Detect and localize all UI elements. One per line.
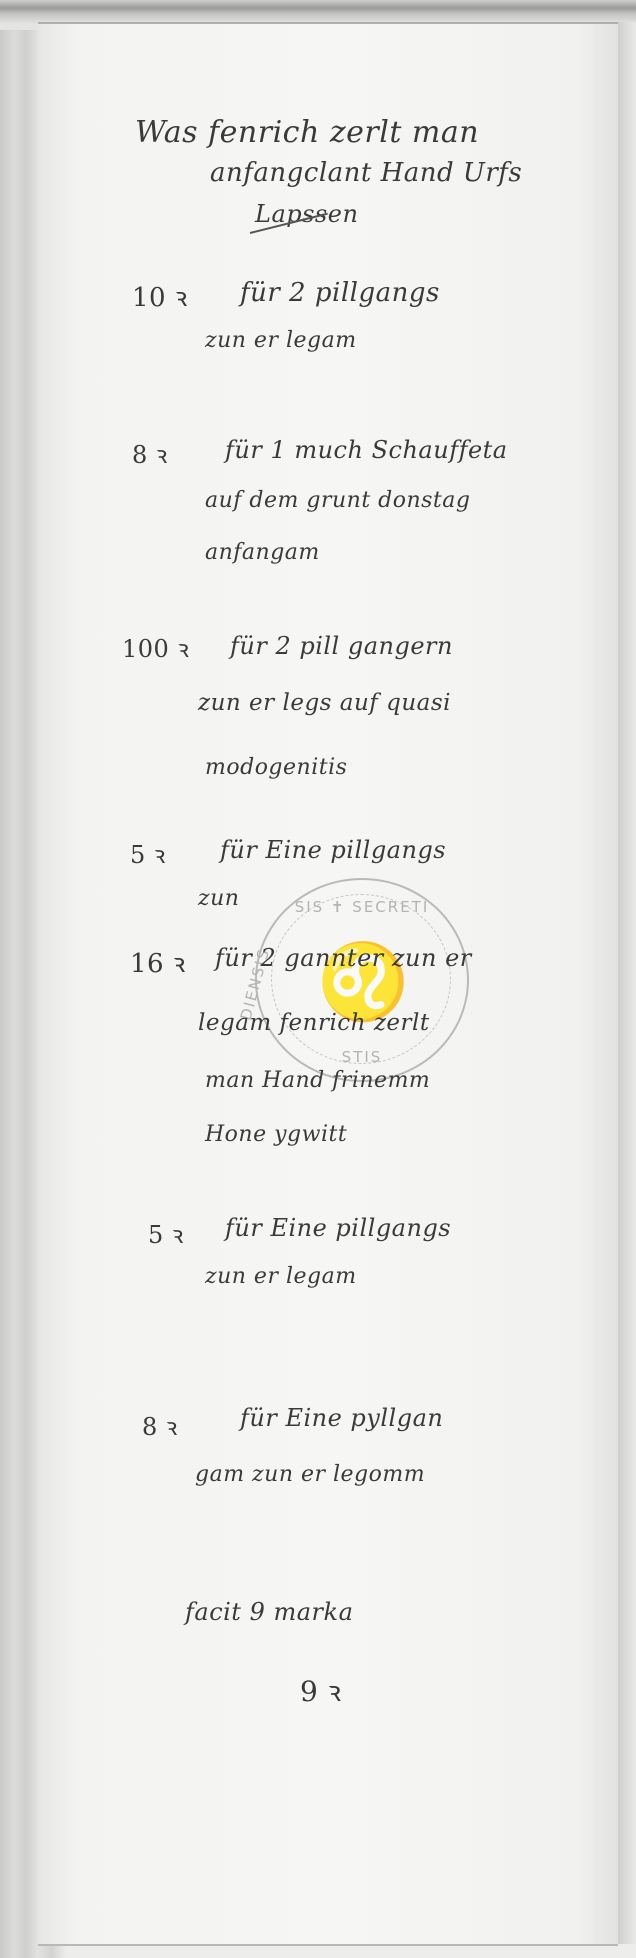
entry-3-line-1: für 2 pill gangern — [230, 632, 453, 660]
entry-1-line-1: für 2 pillgangs — [240, 278, 440, 308]
entry-5-line-1: für 2 gannter zun er — [215, 944, 472, 972]
entry-3-amount: 100 ꝛ — [122, 632, 189, 665]
entry-5-amount: 16 ꝛ — [130, 944, 186, 980]
entry-5-line-4: Hone ygwitt — [205, 1122, 347, 1147]
stamp-bottom-text: STIS — [257, 1048, 467, 1066]
entry-4-line-1: für Eine pillgangs — [220, 836, 446, 864]
entry-5-line-3: man Hand frinemm — [205, 1068, 430, 1093]
entry-6-line-2: zun er legam — [205, 1264, 357, 1289]
heading-line-3: Lapssen — [255, 200, 358, 228]
stamp-top-text: SIS ✝ SECRETI — [257, 898, 467, 916]
library-stamp: SIS ✝ SECRETI DIENSIS STIS ♌ — [255, 878, 469, 1082]
entry-7-line-2: gam zun er legomm — [195, 1462, 425, 1487]
entry-4-amount: 5 ꝛ — [130, 838, 166, 871]
heading-line-2: anfangclant Hand Urfs — [210, 158, 522, 188]
entry-3-line-2: zun er legs auf quasi — [198, 690, 451, 716]
entry-4-line-2: zun — [198, 886, 239, 911]
entry-1-line-2: zun er legam — [205, 328, 357, 353]
entry-1-amount: 10 ꝛ — [132, 278, 188, 314]
entry-7-line-1: für Eine pyllgan — [240, 1404, 443, 1432]
entry-2-line-3: anfangam — [205, 540, 320, 565]
entry-2-amount: 8 ꝛ — [132, 438, 168, 471]
entry-2-line-1: für 1 much Schauffeta — [225, 436, 508, 464]
total-value: 9 ꝛ — [300, 1672, 342, 1710]
total-label: facit 9 marka — [185, 1598, 353, 1626]
entry-7-amount: 8 ꝛ — [142, 1410, 178, 1443]
heading-line-1: Was fenrich zerlt man — [135, 115, 479, 150]
page-right-shadow — [618, 22, 636, 1944]
entry-6-amount: 5 ꝛ — [148, 1218, 184, 1251]
entry-6-line-1: für Eine pillgangs — [225, 1214, 451, 1242]
entry-5-line-2: legam fenrich zerlt — [198, 1010, 430, 1036]
entry-3-line-3: modogenitis — [205, 755, 347, 780]
entry-2-line-2: auf dem grunt donstag — [205, 488, 470, 513]
